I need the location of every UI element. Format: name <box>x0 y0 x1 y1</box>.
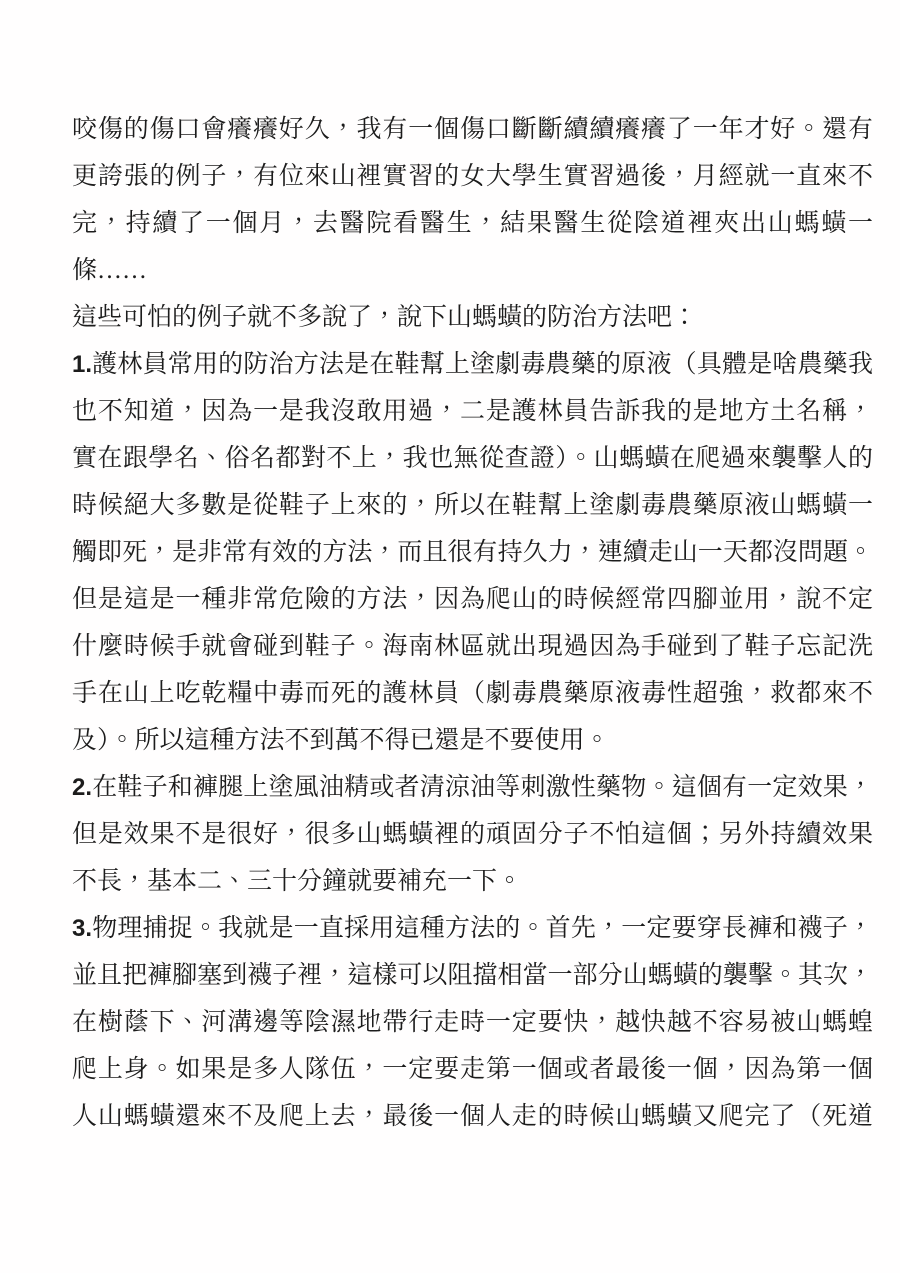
text-line: 爬上身。如果是多人隊伍，一定要走第一個或者最後一個，因為第一個 <box>72 1046 873 1093</box>
text-line: 不長，基本二、三十分鐘就要補充一下。 <box>72 858 873 905</box>
list-number: 2. <box>72 774 92 801</box>
list-number: 1. <box>72 351 92 378</box>
list-number: 3. <box>72 915 92 942</box>
line-text: 觸即死，是非常有效的方法，而且很有持久力，連續走山一天都沒問題。 <box>72 539 873 566</box>
line-text: 咬傷的傷口會癢癢好久，我有一個傷口斷斷續續癢癢了一年才好。還有 <box>72 116 873 143</box>
text-line: 但是這是一種非常危險的方法，因為爬山的時候經常四腳並用，說不定 <box>72 576 873 623</box>
line-text: 物理捕捉。我就是一直採用這種方法的。首先，一定要穿長褲和襪子， <box>92 915 873 942</box>
line-text: 並且把褲腳塞到襪子裡，這樣可以阻擋相當一部分山螞蟥的襲擊。其次， <box>72 962 873 989</box>
text-line: 時候絕大多數是從鞋子上來的，所以在鞋幫上塗劇毒農藥原液山螞蟥一 <box>72 482 873 529</box>
text-line: 實在跟學名、俗名都對不上，我也無從查證）。山螞蟥在爬過來襲擊人的 <box>72 435 873 482</box>
text-line: 這些可怕的例子就不多說了，說下山螞蟥的防治方法吧： <box>72 294 873 341</box>
line-text: 在樹蔭下、河溝邊等陰濕地帶行走時一定要快，越快越不容易被山螞蝗 <box>72 1009 873 1036</box>
text-line: 更誇張的例子，有位來山裡實習的女大學生實習過後，月經就一直來不 <box>72 153 873 200</box>
text-line: 咬傷的傷口會癢癢好久，我有一個傷口斷斷續續癢癢了一年才好。還有 <box>72 106 873 153</box>
text-line: 人山螞蟥還來不及爬上去，最後一個人走的時候山螞蟥又爬完了（死道 <box>72 1093 873 1140</box>
paragraph: 3.物理捕捉。我就是一直採用這種方法的。首先，一定要穿長褲和襪子，並且把褲腳塞到… <box>72 905 873 1140</box>
text-line: 並且把褲腳塞到襪子裡，這樣可以阻擋相當一部分山螞蟥的襲擊。其次， <box>72 952 873 999</box>
text-line: 條…… <box>72 247 873 294</box>
line-text: 爬上身。如果是多人隊伍，一定要走第一個或者最後一個，因為第一個 <box>72 1056 873 1083</box>
text-line: 但是效果不是很好，很多山螞蟥裡的頑固分子不怕這個；另外持續效果 <box>72 811 873 858</box>
paragraph: 這些可怕的例子就不多說了，說下山螞蟥的防治方法吧： <box>72 294 873 341</box>
line-text: 條…… <box>72 257 147 284</box>
line-text: 但是效果不是很好，很多山螞蟥裡的頑固分子不怕這個；另外持續效果 <box>72 821 873 848</box>
text-line: 2.在鞋子和褲腿上塗風油精或者清涼油等刺激性藥物。這個有一定效果， <box>72 764 873 811</box>
document-body: 咬傷的傷口會癢癢好久，我有一個傷口斷斷續續癢癢了一年才好。還有更誇張的例子，有位… <box>72 106 873 1140</box>
text-line: 也不知道，因為一是我沒敢用過，二是護林員告訴我的是地方土名稱， <box>72 388 873 435</box>
text-line: 3.物理捕捉。我就是一直採用這種方法的。首先，一定要穿長褲和襪子， <box>72 905 873 952</box>
line-text: 實在跟學名、俗名都對不上，我也無從查證）。山螞蟥在爬過來襲擊人的 <box>72 445 873 472</box>
line-text: 人山螞蟥還來不及爬上去，最後一個人走的時候山螞蟥又爬完了（死道 <box>72 1103 873 1130</box>
line-text: 更誇張的例子，有位來山裡實習的女大學生實習過後，月經就一直來不 <box>72 163 873 190</box>
line-text: 不長，基本二、三十分鐘就要補充一下。 <box>72 868 522 895</box>
line-text: 什麼時候手就會碰到鞋子。海南林區就出現過因為手碰到了鞋子忘記洗 <box>72 633 873 660</box>
text-line: 手在山上吃乾糧中毒而死的護林員（劇毒農藥原液毒性超強，救都來不 <box>72 670 873 717</box>
paragraph: 1.護林員常用的防治方法是在鞋幫上塗劇毒農藥的原液（具體是啥農藥我也不知道，因為… <box>72 341 873 764</box>
line-text: 時候絕大多數是從鞋子上來的，所以在鞋幫上塗劇毒農藥原液山螞蟥一 <box>72 492 873 519</box>
line-text: 護林員常用的防治方法是在鞋幫上塗劇毒農藥的原液（具體是啥農藥我 <box>92 351 873 378</box>
line-text: 在鞋子和褲腿上塗風油精或者清涼油等刺激性藥物。這個有一定效果， <box>92 774 873 801</box>
text-line: 在樹蔭下、河溝邊等陰濕地帶行走時一定要快，越快越不容易被山螞蝗 <box>72 999 873 1046</box>
line-text: 手在山上吃乾糧中毒而死的護林員（劇毒農藥原液毒性超強，救都來不 <box>72 680 873 707</box>
text-line: 什麼時候手就會碰到鞋子。海南林區就出現過因為手碰到了鞋子忘記洗 <box>72 623 873 670</box>
text-line: 觸即死，是非常有效的方法，而且很有持久力，連續走山一天都沒問題。 <box>72 529 873 576</box>
line-text: 也不知道，因為一是我沒敢用過，二是護林員告訴我的是地方土名稱， <box>72 398 873 425</box>
paragraph: 2.在鞋子和褲腿上塗風油精或者清涼油等刺激性藥物。這個有一定效果，但是效果不是很… <box>72 764 873 905</box>
text-line: 完，持續了一個月，去醫院看醫生，結果醫生從陰道裡夾出山螞蟥一 <box>72 200 873 247</box>
line-text: 這些可怕的例子就不多說了，說下山螞蟥的防治方法吧： <box>72 304 697 331</box>
line-text: 完，持續了一個月，去醫院看醫生，結果醫生從陰道裡夾出山螞蟥一 <box>72 210 873 237</box>
paragraph: 咬傷的傷口會癢癢好久，我有一個傷口斷斷續續癢癢了一年才好。還有更誇張的例子，有位… <box>72 106 873 294</box>
line-text: 及）。所以這種方法不到萬不得已還是不要使用。 <box>72 727 610 754</box>
text-line: 1.護林員常用的防治方法是在鞋幫上塗劇毒農藥的原液（具體是啥農藥我 <box>72 341 873 388</box>
text-line: 及）。所以這種方法不到萬不得已還是不要使用。 <box>72 717 873 764</box>
line-text: 但是這是一種非常危險的方法，因為爬山的時候經常四腳並用，說不定 <box>72 586 873 613</box>
document-page: 咬傷的傷口會癢癢好久，我有一個傷口斷斷續續癢癢了一年才好。還有更誇張的例子，有位… <box>0 0 900 1273</box>
